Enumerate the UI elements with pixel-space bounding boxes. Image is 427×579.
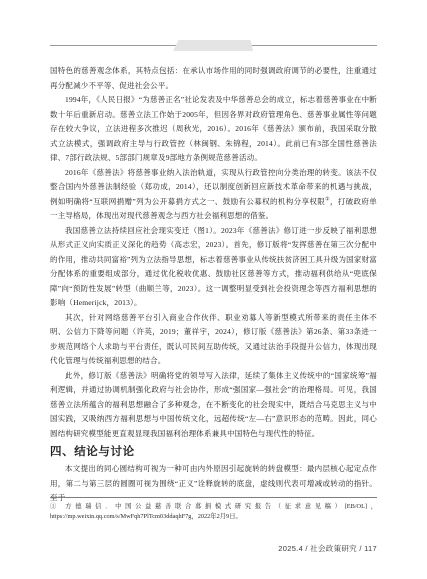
footnote-text: ① 方德瑞信．中国公益慈善联合募捐模式研究报告（征求意见稿）[EB/OL]，ht… bbox=[50, 502, 377, 522]
page-footer: 2025.4 / 社会政策研究 / 117 bbox=[50, 543, 377, 554]
paragraph: 2016年《慈善法》将慈善事业纳入法治轨道，实现从行政管控向分类治理的转变。该法… bbox=[50, 166, 377, 224]
header-ribbon-decoration bbox=[173, 40, 253, 51]
journal-issue-page-number: 2025.4 / 社会政策研究 / 117 bbox=[278, 544, 377, 553]
paragraph: 我国慈善立法持续回应社会现实变迁（图1）。2023年《慈善法》修订进一步反映了福… bbox=[50, 224, 377, 311]
paragraph: 此外，修订版《慈善法》明确将党的领导写入法律，延续了集体主义传统中的“国家统筹”… bbox=[50, 369, 377, 442]
footnote-block: ① 方德瑞信．中国公益慈善联合募捐模式研究报告（征求意见稿）[EB/OL]，ht… bbox=[50, 497, 377, 522]
paragraph-continuation: 国特色的慈善观念体系，其特点包括：在承认市场作用的同时强调政府调节的必要性，注重… bbox=[50, 64, 377, 93]
journal-page: 国特色的慈善观念体系，其特点包括：在承认市场作用的同时强调政府调节的必要性，注重… bbox=[0, 0, 427, 579]
article-body: 国特色的慈善观念体系，其特点包括：在承认市场作用的同时强调政府调节的必要性，注重… bbox=[50, 64, 377, 506]
section-heading: 四、结论与讨论 bbox=[50, 444, 377, 460]
paragraph: 其次，针对网络慈善平台引入商业合作伙伴、职业劝募人等新型模式所带来的责任主体不明… bbox=[50, 311, 377, 369]
paragraph: 1994年，《人民日报》“为慈善正名”社论发表及中华慈善总会的成立，标志着慈善事… bbox=[50, 93, 377, 166]
